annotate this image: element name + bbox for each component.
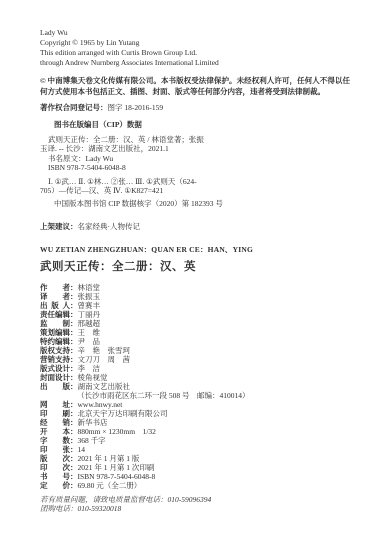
copyright-page: Lady Wu Copyright © 1965 by Lin Yutang T… — [0, 0, 375, 550]
english-copyright-block: Lady Wu Copyright © 1965 by Lin Yutang T… — [40, 28, 349, 68]
colophon-label: 作者 — [40, 283, 70, 292]
colophon-value: （长沙市雨花区东二环一段 508 号 邮编：410014） — [40, 391, 250, 400]
agency-line: through Andrew Nurnberg Associates Inter… — [40, 58, 349, 68]
colophon-label: 版式设计 — [40, 364, 70, 373]
colophon-value: 368 千字 — [78, 436, 106, 445]
colophon-row-impression: 印次：2021 年 1 月第 1 次印刷 — [40, 463, 349, 472]
colophon-colon: ： — [70, 454, 78, 463]
colophon-colon: ： — [70, 472, 78, 481]
colophon-row-contributing-editor: 特约编辑：尹 品 — [40, 337, 349, 346]
colophon-colon: ： — [70, 292, 78, 301]
footer-notes: 若有质量问题，请致电质量监督电话：010-59096394 团购电话：010-5… — [40, 495, 349, 514]
rights-notice: © 中南博集天卷文化传媒有限公司。本书版权受法律保护。未经权利人许可，任何人不得… — [40, 76, 350, 97]
colophon-row-marketing-support: 营销支持：文刀刀 周 茜 — [40, 355, 349, 364]
colophon-row-publisher: 出版：湖南文艺出版社 — [40, 382, 349, 391]
colophon-value: ISBN 978-7-5404-6048-8 — [78, 472, 156, 481]
cip-classification-line-2: 705）—传记—汉、英 Ⅳ. ①K827=421 — [40, 186, 349, 195]
registration-value: 图字 18-2016-159 — [108, 103, 164, 112]
title-block: WU ZETIAN ZHENGZHUAN：QUAN ER CE：HAN、YING… — [40, 244, 349, 274]
colophon-value: 丁丽丹 — [78, 310, 101, 319]
colophon-label: 版次 — [40, 454, 70, 463]
colophon-label: 封面设计 — [40, 373, 70, 382]
title-pinyin: WU ZETIAN ZHENGZHUAN：QUAN ER CE：HAN、YING — [40, 244, 349, 255]
colophon-row-price: 定价：69.80 元（全二册） — [40, 481, 349, 490]
colophon-row-translator: 译者：张振玉 — [40, 292, 349, 301]
colophon-colon: ： — [70, 283, 78, 292]
colophon-row-cover-design: 封面设计：棱角视觉 — [40, 373, 349, 382]
colophon-label: 经销 — [40, 418, 70, 427]
colophon-row-layout-design: 版式设计：李 洁 — [40, 364, 349, 373]
shelving-value: 名家经典·人物传记 — [78, 222, 141, 231]
colophon-colon: ： — [70, 310, 78, 319]
colophon-colon: ： — [70, 409, 78, 418]
colophon-value: 邢越超 — [78, 319, 101, 328]
colophon-value: 尹 品 — [78, 337, 101, 346]
shelving-suggestion: 上架建议：名家经典·人物传记 — [40, 222, 349, 232]
colophon-label: 责任编辑 — [40, 310, 70, 319]
colophon-label: 印次 — [40, 463, 70, 472]
colophon-label: 营销支持 — [40, 355, 70, 364]
colophon-value: 2021 年 1 月第 1 版 — [78, 454, 140, 463]
registration-label: 著作权合同登记号： — [40, 103, 108, 112]
colophon-row-distributor: 经销：新华书店 — [40, 418, 349, 427]
colophon-value: 880mm × 1230mm 1/32 — [78, 427, 156, 436]
colophon-colon: ： — [70, 400, 78, 409]
colophon-label: 策划编辑 — [40, 328, 70, 337]
colophon-label: 监制 — [40, 319, 70, 328]
colophon-row-printer: 印刷：北京天宇万达印刷有限公司 — [40, 409, 349, 418]
colophon-colon: ： — [70, 355, 78, 364]
colophon-label: 版权支持 — [40, 346, 70, 355]
original-title-line: Lady Wu — [40, 28, 349, 38]
colophon-row-rights-support: 版权支持：辛 艳 张雪珂 — [40, 346, 349, 355]
colophon-value: 李 洁 — [78, 364, 101, 373]
edition-arranged-line: This edition arranged with Curtis Brown … — [40, 48, 349, 58]
colophon-value: 王 维 — [78, 328, 101, 337]
colophon-label: 译者 — [40, 292, 70, 301]
colophon-label: 印张 — [40, 445, 70, 454]
colophon-colon: ： — [70, 301, 78, 310]
colophon-value: 新华书店 — [78, 418, 108, 427]
colophon-value: 辛 艳 张雪珂 — [78, 346, 131, 355]
colophon-row-responsible-editor: 责任编辑：丁丽丹 — [40, 310, 349, 319]
colophon-value: 69.80 元（全二册） — [78, 481, 142, 490]
colophon-row-isbn: 书号：ISBN 978-7-5404-6048-8 — [40, 472, 349, 481]
cip-description-line-2: 玉译. -- 长沙：湖南文艺出版社，2021.1 — [40, 144, 349, 153]
colophon-colon: ： — [70, 346, 78, 355]
colophon-value: 14 — [78, 445, 86, 454]
colophon-value: 2021 年 1 月第 1 次印刷 — [78, 463, 155, 472]
colophon-colon: ： — [70, 364, 78, 373]
colophon-value: www.hnwy.net — [78, 400, 123, 409]
cip-classification-line-1: Ⅰ. ①武… Ⅱ. ①林… ②张… Ⅲ. ①武则天（624- — [40, 177, 349, 186]
colophon-list: 作者：林语堂 译者：张振玉 出版人：曾赛丰 责任编辑：丁丽丹 监制：邢越超 策划… — [40, 283, 349, 490]
colophon-colon: ： — [70, 418, 78, 427]
colophon-label: 特约编辑 — [40, 337, 70, 346]
colophon-value: 北京天宇万达印刷有限公司 — [78, 409, 168, 418]
colophon-label: 字数 — [40, 436, 70, 445]
title-chinese: 武则天正传：全二册：汉、英 — [40, 258, 349, 274]
colophon-colon: ： — [70, 463, 78, 472]
colophon-row-publisher-person: 出版人：曾赛丰 — [40, 301, 349, 310]
colophon-row-planning-editor: 策划编辑：王 维 — [40, 328, 349, 337]
colophon-row-format: 开本：880mm × 1230mm 1/32 — [40, 427, 349, 436]
colophon-colon: ： — [70, 382, 78, 391]
cip-data-block: 武则天正传：全二册：汉、英 / 林语堂著；张振 玉译. -- 长沙：湖南文艺出版… — [40, 135, 349, 209]
cip-original-title-line: 书名原文：Lady Wu — [40, 154, 349, 163]
colophon-value: 张振玉 — [78, 292, 101, 301]
colophon-colon: ： — [70, 319, 78, 328]
registration-number-line: 著作权合同登记号：图字 18-2016-159 — [40, 103, 349, 113]
colophon-colon: ： — [70, 328, 78, 337]
colophon-row-word-count: 字数：368 千字 — [40, 436, 349, 445]
colophon-row-author: 作者：林语堂 — [40, 283, 349, 292]
colophon-label: 出版人 — [40, 301, 70, 310]
quality-hotline-line: 若有质量问题，请致电质量监督电话：010-59096394 — [40, 495, 349, 505]
colophon-colon: ： — [70, 436, 78, 445]
cip-heading: 图书在版编目（CIP）数据 — [40, 120, 349, 130]
colophon-value: 棱角视觉 — [78, 373, 108, 382]
cip-isbn-line: ISBN 978-7-5404-6048-8 — [40, 163, 349, 172]
group-purchase-line: 团购电话：010-59320018 — [40, 504, 349, 514]
colophon-value: 文刀刀 周 茜 — [78, 355, 131, 364]
colophon-label: 定价 — [40, 481, 70, 490]
colophon-colon: ： — [70, 337, 78, 346]
colophon-value: 林语堂 — [78, 283, 101, 292]
colophon-colon: ： — [70, 481, 78, 490]
colophon-label: 开本 — [40, 427, 70, 436]
shelving-label: 上架建议： — [40, 222, 78, 231]
colophon-label: 印刷 — [40, 409, 70, 418]
colophon-row-producer: 监制：邢越超 — [40, 319, 349, 328]
copyright-year-line: Copyright © 1965 by Lin Yutang — [40, 38, 349, 48]
colophon-value: 湖南文艺出版社 — [78, 382, 131, 391]
colophon-row-website: 网址：www.hnwy.net — [40, 400, 349, 409]
colophon-label: 书号 — [40, 472, 70, 481]
cip-description-line-1: 武则天正传：全二册：汉、英 / 林语堂著；张振 — [40, 135, 349, 144]
colophon-colon: ： — [70, 373, 78, 382]
colophon-value: 曾赛丰 — [78, 301, 101, 310]
colophon-colon: ： — [70, 427, 78, 436]
colophon-label: 网址 — [40, 400, 70, 409]
colophon-colon: ： — [70, 445, 78, 454]
cip-record-number-line: 中国版本图书馆 CIP 数据核字（2020）第 182393 号 — [40, 199, 349, 208]
colophon-label: 出版 — [40, 382, 70, 391]
colophon-row-publisher-address: （长沙市雨花区东二环一段 508 号 邮编：410014） — [40, 391, 349, 400]
colophon-row-edition: 版次：2021 年 1 月第 1 版 — [40, 454, 349, 463]
colophon-row-sheets: 印张：14 — [40, 445, 349, 454]
